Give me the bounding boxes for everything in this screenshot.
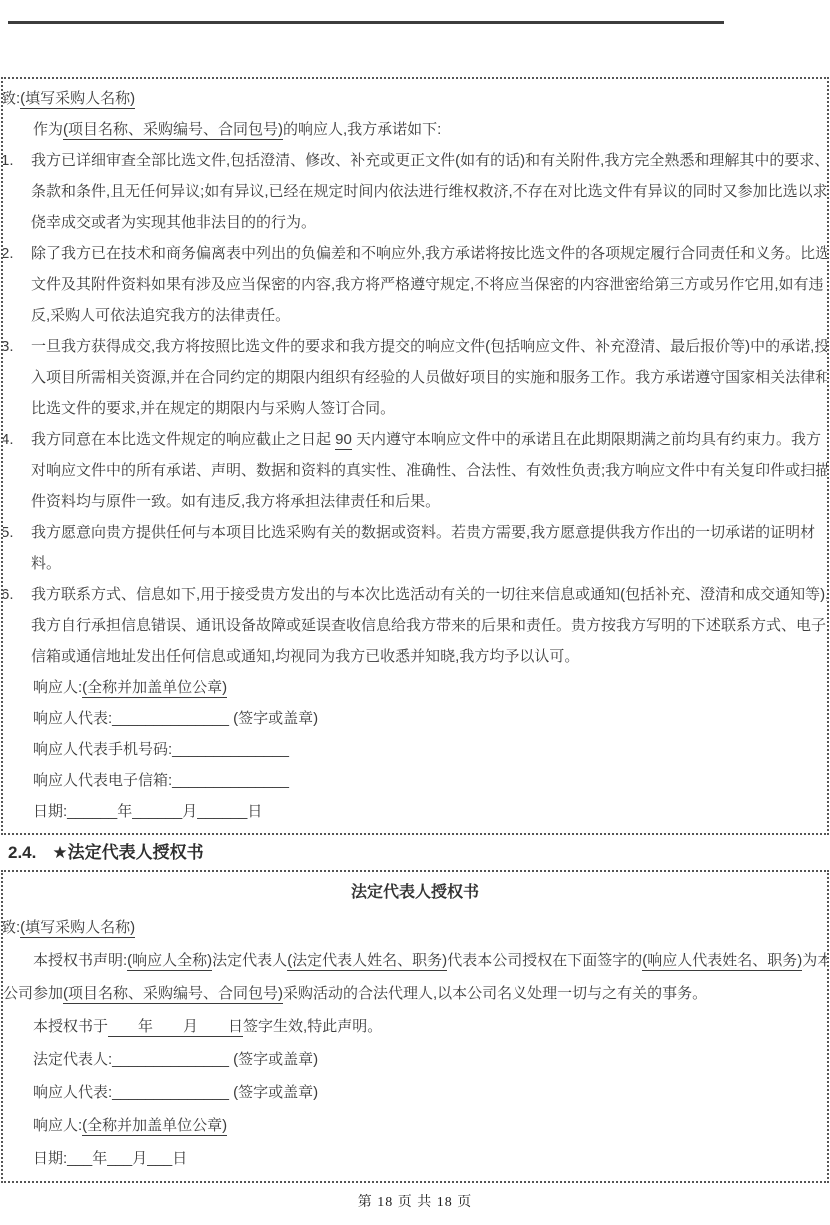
text-segment: 响应人: [33,1117,82,1134]
text-segment: 响应人: [33,679,82,696]
text-segment: 的响应人,我方承诺如下: [283,121,441,138]
date-line: 日期:___年___月___日 [3,1142,827,1175]
representative-email-line: 响应人代表电子信箱:______________ [3,765,827,796]
text-segment: 我方联系方式、信息如下,用于接受贵方发出的与本次比选活动有关的一切往来信息或通知… [31,586,829,665]
item-number: 2. [1,238,31,331]
text-segment: 本授权书于 [33,1018,108,1035]
text-segment: 采购活动的合法代理人,以本公司名义处理一切与之有关的事务。 [283,985,707,1002]
item-text: 除了我方已在技术和商务偏离表中列出的负偏差和不响应外,我方承诺将按比选文件的各项… [31,238,829,331]
addressee-line: 致:(填写采购人名称) [1,83,827,114]
text-segment: 签字生效,特此声明。 [243,1018,382,1035]
authorization-title: 法定代表人授权书 [3,876,827,909]
text-segment: 致: [1,919,20,936]
text-segment: 我方同意在本比选文件规定的响应截止之日起 [31,431,335,448]
text-segment: 除了我方已在技术和商务偏离表中列出的负偏差和不响应外,我方承诺将按比选文件的各项… [31,245,829,324]
respondent-name-line: 响应人:(全称并加盖单位公章) [3,1109,827,1142]
section-title: ★法定代表人授权书 [52,843,203,862]
item-number: 4. [1,424,31,517]
text-segment: 代表本公司授权在下面签字的 [447,952,642,969]
text-segment: 本授权书声明: [33,952,127,969]
authorization-declaration: 本授权书声明:(响应人全称)法定代表人(法定代表人姓名、职务)代表本公司授权在下… [3,944,829,1010]
page-footer: 第 18 页 共 18 页 [0,1191,830,1211]
underlined-blank: 年 月 日 [108,1018,243,1037]
commitment-item-6: 6. 我方联系方式、信息如下,用于接受贵方发出的与本次比选活动有关的一切往来信息… [3,579,827,672]
underlined-blank: (全称并加盖单位公章) [82,1117,227,1136]
item-text: 我方同意在本比选文件规定的响应截止之日起 90 天内遵守本响应文件中的承诺且在此… [31,424,829,517]
text-segment: 法定代表人:______________ (签字或盖章) [33,1051,318,1068]
underlined-blank: (法定代表人姓名、职务) [287,952,447,971]
respondent-representative-line: 响应人代表:______________ (签字或盖章) [3,703,827,734]
item-number: 6. [1,579,31,672]
text-segment: 我方已详细审查全部比选文件,包括澄清、修改、补充或更正文件(如有的话)和有关附件… [31,152,829,231]
commitment-item-4: 4. 我方同意在本比选文件规定的响应截止之日起 90 天内遵守本响应文件中的承诺… [3,424,827,517]
text-segment: 致: [1,90,20,107]
section-heading: 2.4.★法定代表人授权书 [8,841,830,865]
section-number: 2.4. [8,843,36,862]
authorization-letter-box: 法定代表人授权书 致:(填写采购人名称) 本授权书声明:(响应人全称)法定代表人… [1,870,829,1183]
text-segment: 一旦我方获得成交,我方将按照比选文件的要求和我方提交的响应文件(包括响应文件、补… [31,338,829,417]
item-number: 5. [1,517,31,579]
legal-representative-line: 法定代表人:______________ (签字或盖章) [3,1043,827,1076]
underlined-blank: (项目名称、采购编号、合同包号) [63,121,283,140]
date-line: 日期:______年______月______日 [3,796,827,827]
text-segment: 我方愿意向贵方提供任何与本项目比选采购有关的数据或资料。若贵方需要,我方愿意提供… [31,524,815,572]
text-segment: 作为 [33,121,63,138]
representative-phone-line: 响应人代表手机号码:______________ [3,734,827,765]
text-segment: 日期:___年___月___日 [33,1150,187,1167]
underlined-blank: (填写采购人名称) [20,90,135,109]
text-segment: 法定代表人 [212,952,287,969]
text-segment: 日期:______年______月______日 [33,803,262,820]
page-header-rule [8,21,724,24]
underlined-blank: (响应人代表姓名、职务) [642,952,802,971]
item-text: 我方已详细审查全部比选文件,包括澄清、修改、补充或更正文件(如有的话)和有关附件… [31,145,829,238]
item-text: 我方联系方式、信息如下,用于接受贵方发出的与本次比选活动有关的一切往来信息或通知… [31,579,829,672]
respondent-name-line: 响应人:(全称并加盖单位公章) [3,672,827,703]
addressee-line: 致:(填写采购人名称) [1,911,827,944]
underlined-blank: (全称并加盖单位公章) [82,679,227,698]
underlined-blank: (填写采购人名称) [20,919,135,938]
intro-line: 作为(项目名称、采购编号、合同包号)的响应人,我方承诺如下: [3,114,827,145]
commitment-item-2: 2. 除了我方已在技术和商务偏离表中列出的负偏差和不响应外,我方承诺将按比选文件… [3,238,827,331]
text-segment: 响应人代表电子信箱:______________ [33,772,289,789]
commitment-item-3: 3. 一旦我方获得成交,我方将按照比选文件的要求和我方提交的响应文件(包括响应文… [3,331,827,424]
commitment-item-1: 1. 我方已详细审查全部比选文件,包括澄清、修改、补充或更正文件(如有的话)和有… [3,145,827,238]
commitment-letter-box: 致:(填写采购人名称) 作为(项目名称、采购编号、合同包号)的响应人,我方承诺如… [1,77,829,835]
effective-date-line: 本授权书于 年 月 日签字生效,特此声明。 [3,1010,827,1043]
item-number: 3. [1,331,31,424]
respondent-representative-line: 响应人代表:______________ (签字或盖章) [3,1076,827,1109]
text-segment: 响应人代表手机号码:______________ [33,741,289,758]
underlined-blank: 90 [335,431,352,450]
underlined-blank: (项目名称、采购编号、合同包号) [63,985,283,1004]
item-number: 1. [1,145,31,238]
text-segment: 响应人代表:______________ (签字或盖章) [33,1084,318,1101]
item-text: 一旦我方获得成交,我方将按照比选文件的要求和我方提交的响应文件(包括响应文件、补… [31,331,829,424]
commitment-item-5: 5. 我方愿意向贵方提供任何与本项目比选采购有关的数据或资料。若贵方需要,我方愿… [3,517,827,579]
underlined-blank: (响应人全称) [127,952,212,971]
item-text: 我方愿意向贵方提供任何与本项目比选采购有关的数据或资料。若贵方需要,我方愿意提供… [31,517,829,579]
text-segment: 响应人代表:______________ (签字或盖章) [33,710,318,727]
